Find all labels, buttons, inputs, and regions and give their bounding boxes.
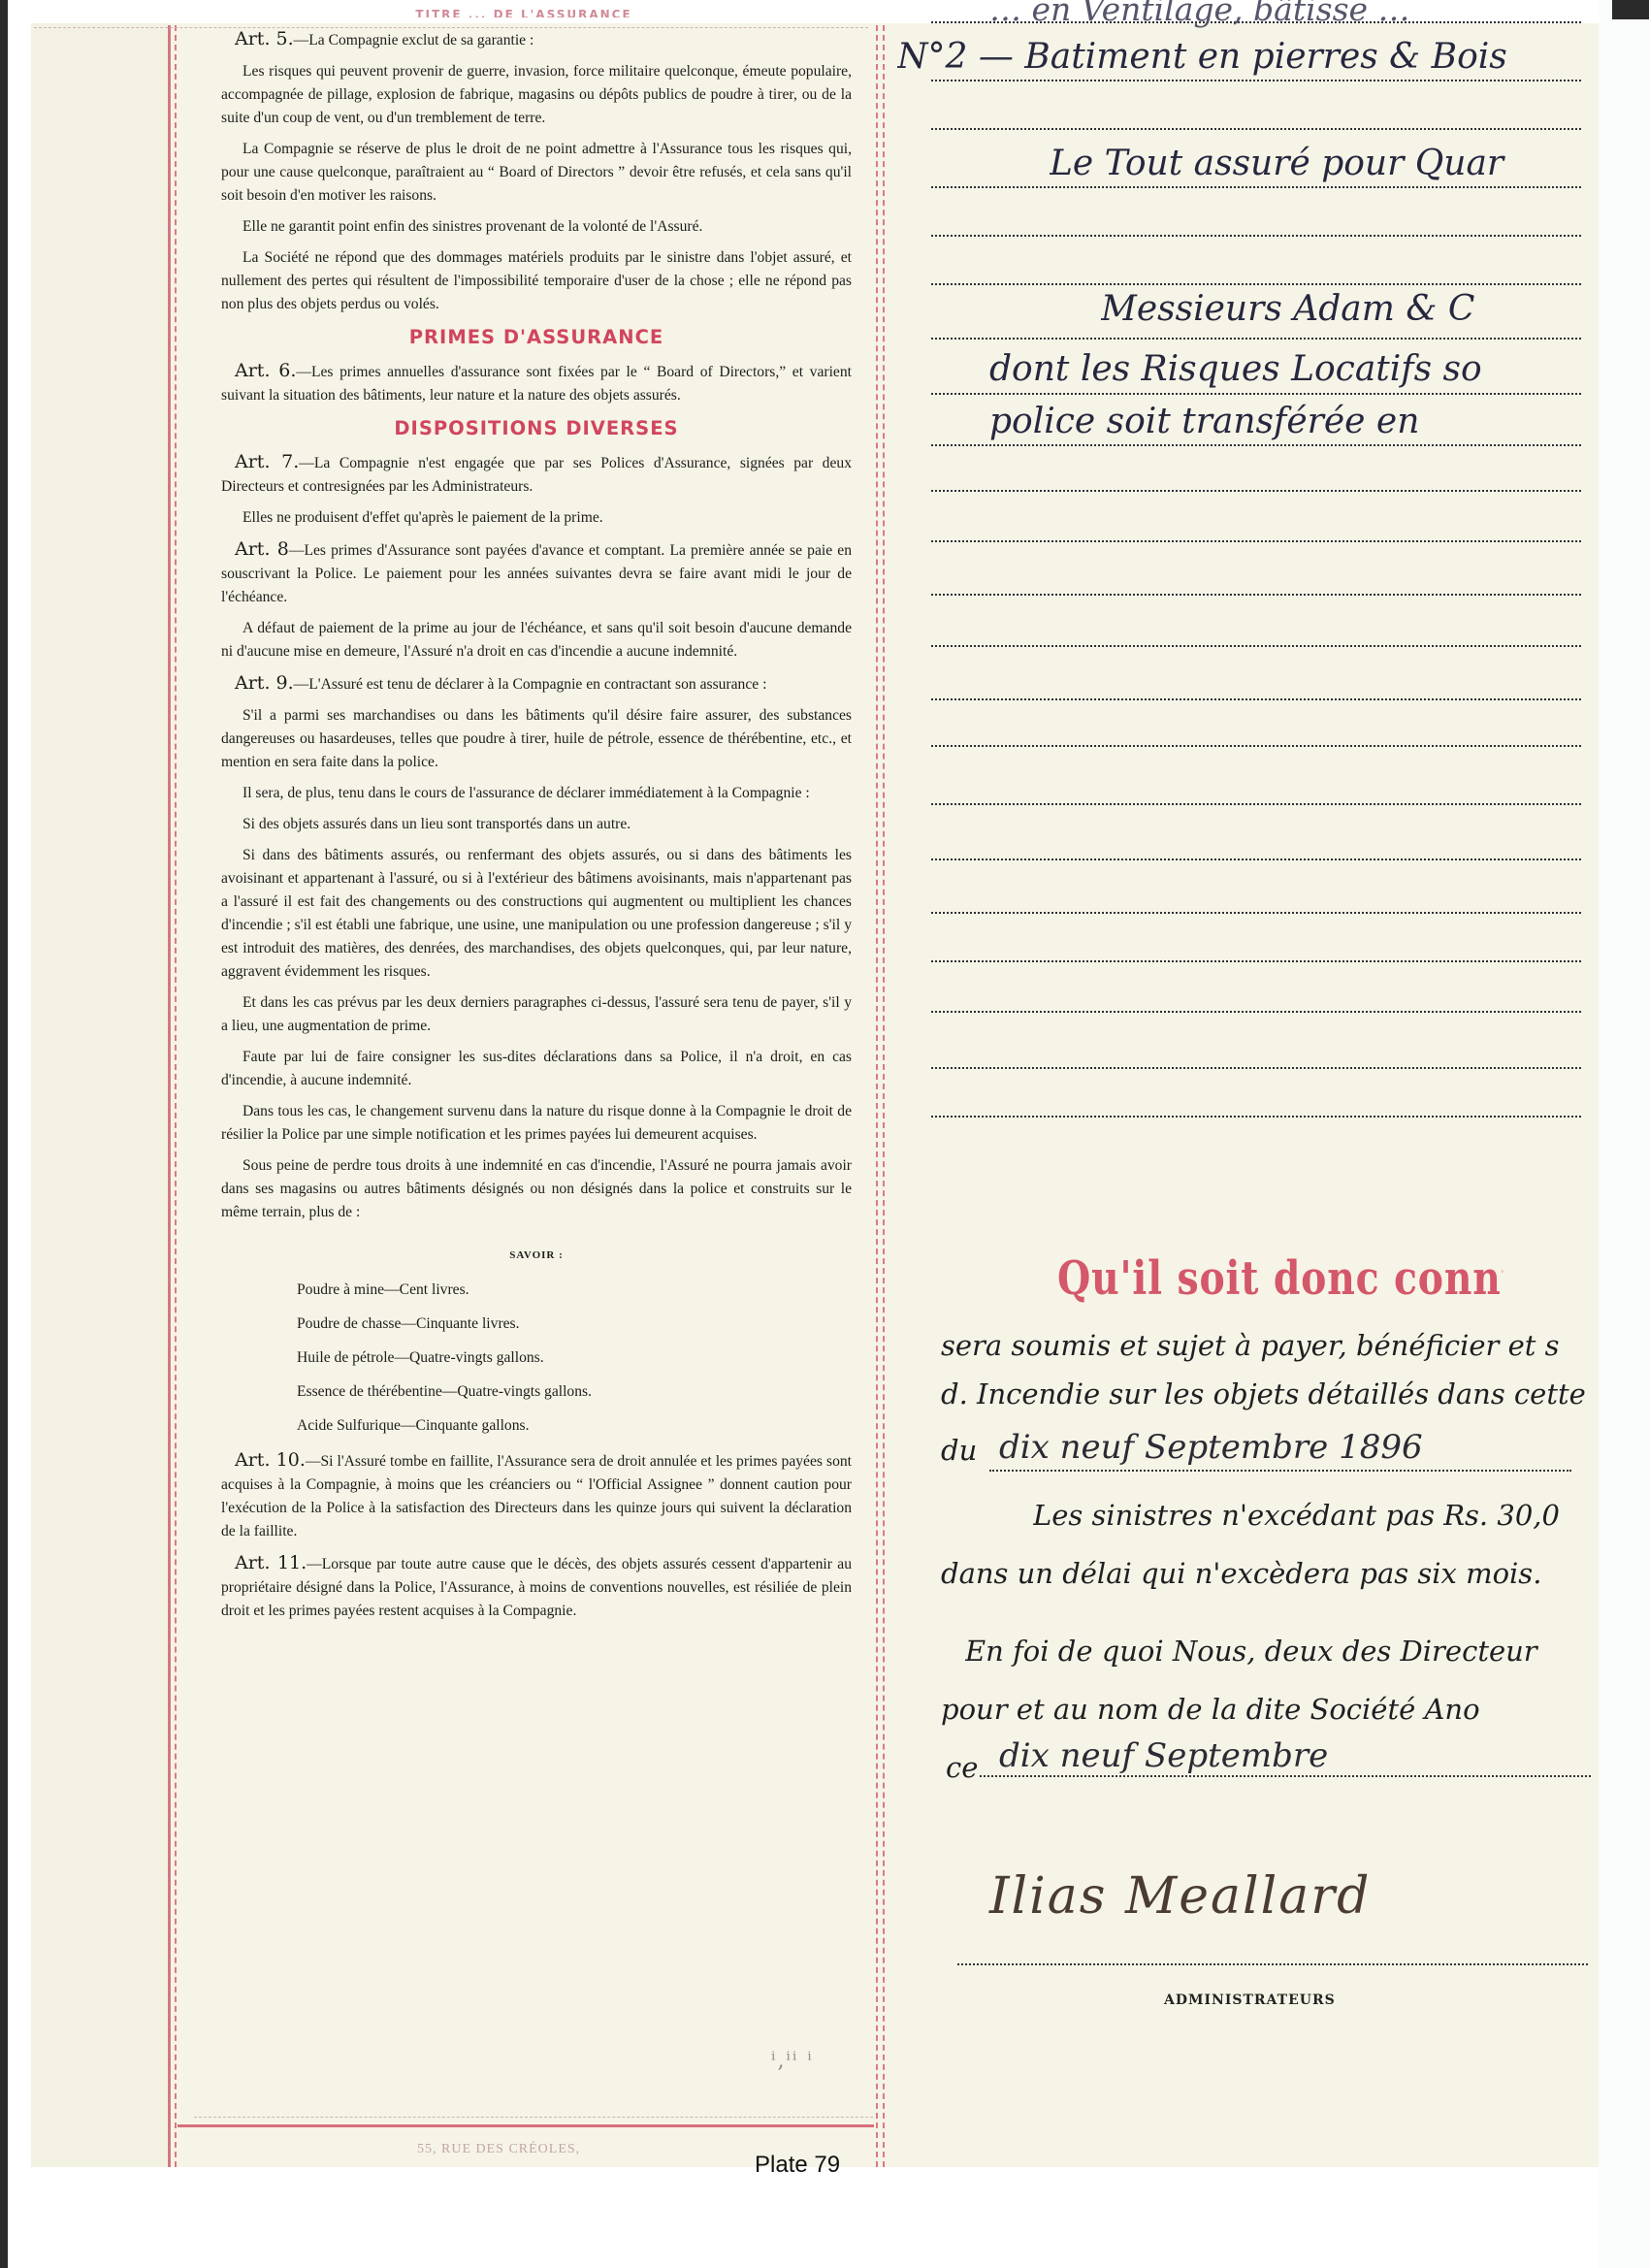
faded-section-header: TITRE ... DE L'ASSURANCE (242, 8, 805, 17)
article-label: Art. 11. (235, 1552, 307, 1573)
ce-prefix: ce (946, 1751, 978, 1784)
article-label: Art. 10. (235, 1449, 306, 1471)
ruled-line (931, 1011, 1581, 1013)
ruled-line (931, 594, 1581, 596)
handwritten-date-2: dix neuf Septembre (999, 1736, 1581, 1775)
administrators-label: ADMINISTRATEURS (1164, 1993, 1336, 2008)
scan-corner (1612, 0, 1649, 19)
ruled-line (931, 912, 1581, 914)
printed-clause-4: dans un délai qui n'excèdera pas six moi… (941, 1557, 1593, 1590)
bottom-dash-rule (194, 2117, 873, 2118)
left-stub-margin (31, 23, 167, 2167)
clause-paragraph: Faute par lui de faire consigner les sus… (221, 1046, 852, 1092)
handwritten-line-insured-party: Messieurs Adam & C (1101, 289, 1591, 329)
ruled-line (931, 645, 1581, 647)
article-label: Art. 7. (235, 451, 299, 472)
article-paragraph: Art. 9.—L'Assuré est tenu de déclarer à … (221, 671, 852, 697)
ruled-line (931, 540, 1581, 542)
handwritten-line-transfer: police soit transférée en (989, 402, 1591, 441)
ruled-line (931, 698, 1581, 700)
clause-paragraph: Si dans des bâtiments assurés, ou renfer… (221, 844, 852, 984)
clause-paragraph: Sous peine de perdre tous droits à une i… (221, 1154, 852, 1224)
printed-clause-2: d. Incendie sur les objets détaillés dan… (941, 1377, 1593, 1410)
date-fill-line (989, 1470, 1571, 1472)
printed-clause-5: En foi de quoi Nous, deux des Directeur (965, 1635, 1596, 1668)
policy-conditions-column: Art. 5.—La Compagnie exclut de sa garant… (221, 27, 852, 1631)
column-divider-rule-inner (883, 25, 885, 2167)
hazard-limit-item: Poudre à mine—Cent livres. (297, 1279, 852, 1302)
clause-paragraph: Dans tous les cas, le changement survenu… (221, 1100, 852, 1147)
printer-address: 55, RUE DES CRÉOLES, (417, 2142, 580, 2157)
ruled-line (931, 128, 1581, 130)
handwritten-date: dix neuf Septembre 1896 (999, 1428, 1596, 1467)
article-label: Art. 5. (235, 28, 294, 49)
article-label: Art. 8 (235, 538, 289, 560)
bottom-red-rule (178, 2124, 874, 2127)
article-paragraph: Art. 6.—Les primes annuelles d'assurance… (221, 359, 852, 407)
ruled-line (931, 235, 1581, 237)
ruled-line (931, 444, 1581, 446)
clause-paragraph: Et dans les cas prévus par les deux dern… (221, 991, 852, 1038)
hazard-limit-item: Huile de pétrole—Quatre-vingts gallons. (297, 1346, 852, 1370)
scan-right-margin (1599, 0, 1649, 2268)
red-perforation-rule (168, 25, 171, 2167)
ruled-line (931, 1116, 1581, 1118)
red-perforation-rule-inner (175, 25, 177, 2167)
hazard-limit-item: Poudre de chasse—Cinquante livres. (297, 1312, 852, 1336)
article-text: —Les primes annuelles d'assurance sont f… (221, 364, 852, 404)
clause-paragraph: La Compagnie se réserve de plus le droit… (221, 138, 852, 208)
clause-paragraph: Elle ne garantit point enfin des sinistr… (221, 215, 852, 239)
section-heading: PRIMES D'ASSURANCE (221, 326, 852, 349)
clause-paragraph: La Société ne répond que des dommages ma… (221, 246, 852, 316)
article-text: —La Compagnie exclut de sa garantie : (294, 32, 534, 49)
ruled-line (931, 393, 1581, 395)
article-paragraph: Art. 5.—La Compagnie exclut de sa garant… (221, 27, 852, 52)
hazard-limit-item: Acide Sulfurique—Cinquante gallons. (297, 1414, 852, 1438)
article-text: —Les primes d'Assurance sont payées d'av… (221, 542, 852, 605)
article-paragraph: Art. 8—Les primes d'Assurance sont payée… (221, 537, 852, 609)
printed-clause-3: Les sinistres n'excédant pas Rs. 30,0 (1033, 1499, 1596, 1532)
article-text: —L'Assuré est tenu de déclarer à la Comp… (294, 676, 767, 693)
clause-paragraph: S'il a parmi ses marchandises ou dans le… (221, 704, 852, 774)
section-heading: DISPOSITIONS DIVERSES (221, 417, 852, 440)
clause-paragraph: Il sera, de plus, tenu dans le cours de … (221, 782, 852, 805)
handwritten-line-rental-risks: dont les Risques Locatifs so (989, 349, 1591, 389)
ruled-line (931, 1067, 1581, 1069)
ruled-line (931, 186, 1581, 188)
ruled-line (931, 960, 1581, 962)
ruled-line (931, 283, 1581, 285)
gothic-heading: Qu'il soit donc connu pa (1057, 1251, 1503, 1306)
article-paragraph: Art. 10.—Si l'Assuré tombe en faillite, … (221, 1448, 852, 1543)
ce-fill-line (980, 1775, 1591, 1777)
article-paragraph: Art. 11.—Lorsque par toute autre cause q… (221, 1551, 852, 1623)
article-paragraph: Art. 7.—La Compagnie n'est engagée que p… (221, 450, 852, 499)
clause-paragraph: Elles ne produisent d'effet qu'après le … (221, 506, 852, 530)
article-text: —Si l'Assuré tombe en faillite, l'Assura… (221, 1453, 852, 1539)
administrator-signature: Ilias Meallard (989, 1867, 1371, 1926)
ruled-line (931, 338, 1581, 340)
article-text: —Lorsque par toute autre cause que le dé… (221, 1556, 852, 1619)
date-prefix: du (941, 1434, 977, 1467)
clause-paragraph: Les risques qui peuvent provenir de guer… (221, 60, 852, 130)
signature-line (957, 1963, 1588, 1965)
savoir-label: SAVOIR : (221, 1244, 852, 1267)
ruled-line (931, 745, 1581, 747)
handwritten-line-partial: … en Ventilage, bâtisse … (989, 0, 1571, 28)
clause-paragraph: A défaut de paiement de la prime au jour… (221, 617, 852, 664)
scan-edge (0, 0, 8, 2268)
hazard-limit-item: Essence de thérébentine—Quatre-vingts ga… (297, 1380, 852, 1404)
article-label: Art. 9. (235, 672, 294, 694)
clause-paragraph: Si des objets assurés dans un lieu sont … (221, 813, 852, 836)
column-divider-rule (876, 25, 878, 2167)
plate-label: Plate 79 (755, 2152, 840, 2179)
printed-clause-6: pour et au nom de la dite Société Ano (941, 1693, 1596, 1726)
ruled-line (931, 80, 1581, 81)
ruled-line (931, 859, 1581, 860)
handwritten-line-insured-amount: Le Tout assuré pour Quar (1050, 144, 1593, 183)
article-label: Art. 6. (235, 360, 296, 381)
handwritten-line-building: N°2 — Batiment en pierres & Bois (897, 37, 1591, 77)
printed-clause-1: sera soumis et sujet à payer, bénéficier… (941, 1329, 1593, 1362)
ink-stamp-marks: ⁱ‚ⁱⁱ ⁱ (771, 2049, 814, 2073)
article-text: —La Compagnie n'est engagée que par ses … (221, 455, 852, 495)
ruled-line (931, 803, 1581, 805)
ruled-line (931, 490, 1581, 492)
